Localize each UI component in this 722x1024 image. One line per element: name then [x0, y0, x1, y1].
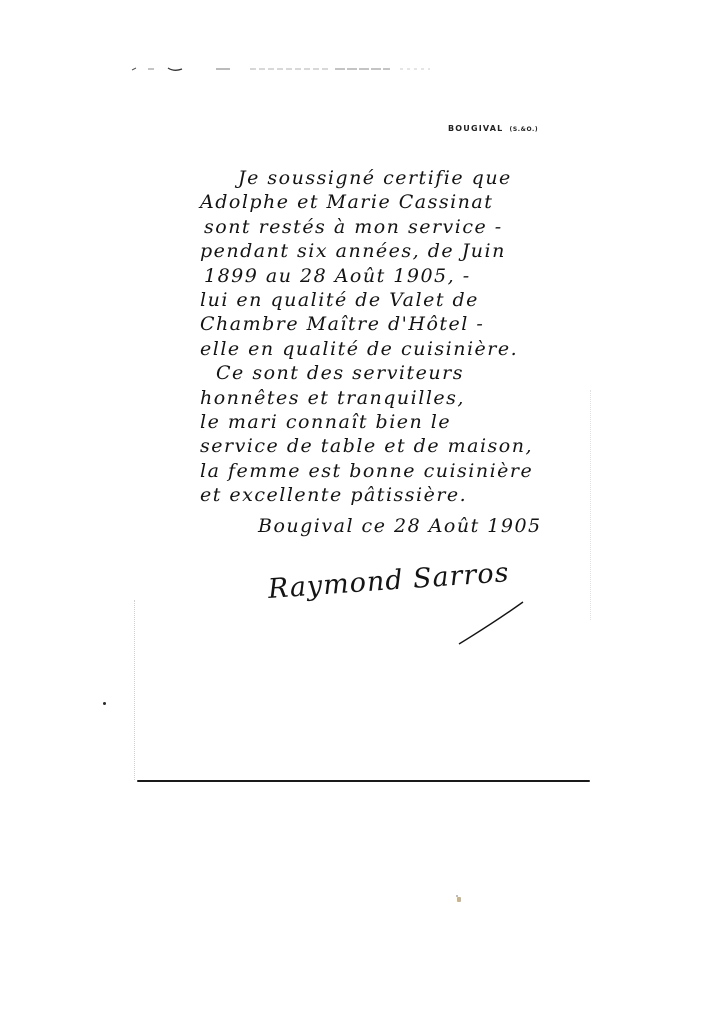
- right-margin-guide: [590, 390, 593, 620]
- bottom-rule-line: [137, 780, 590, 782]
- body-line: Ce sont des serviteurs: [200, 361, 600, 385]
- body-line: la femme est bonne cuisinière: [200, 459, 600, 483]
- letterhead: BOUGIVAL (S.&O.): [448, 124, 538, 133]
- body-line: le mari connaît bien le: [200, 410, 600, 434]
- body-line: et excellente pâtissière.: [200, 483, 600, 507]
- body-line: sont restés à mon service -: [200, 215, 600, 239]
- body-line: service de table et de maison,: [200, 434, 600, 458]
- scan-smudge-marks: [130, 66, 450, 72]
- scanned-letter-page: BOUGIVAL (S.&O.) Je soussigné certifie q…: [0, 0, 722, 1024]
- body-line: Adolphe et Marie Cassinat: [200, 190, 600, 214]
- letterhead-place: BOUGIVAL: [448, 124, 503, 133]
- body-line: 1899 au 28 Août 1905, -: [200, 264, 600, 288]
- ink-speck: [103, 702, 106, 705]
- signature-flourish: [455, 598, 525, 648]
- body-line: Je soussigné certifie que: [200, 166, 600, 190]
- body-line: pendant six années, de Juin: [200, 239, 600, 263]
- letter-body: Je soussigné certifie que Adolphe et Mar…: [200, 166, 600, 538]
- body-line: lui en qualité de Valet de: [200, 288, 600, 312]
- body-line: honnêtes et tranquilles,: [200, 386, 600, 410]
- dateline: Bougival ce 28 Août 1905: [200, 514, 600, 538]
- body-line: Chambre Maître d'Hôtel -: [200, 312, 600, 336]
- paper-stain: [457, 897, 461, 902]
- letterhead-department: (S.&O.): [509, 126, 538, 133]
- left-margin-guide: [134, 600, 137, 780]
- body-line: elle en qualité de cuisinière.: [200, 337, 600, 361]
